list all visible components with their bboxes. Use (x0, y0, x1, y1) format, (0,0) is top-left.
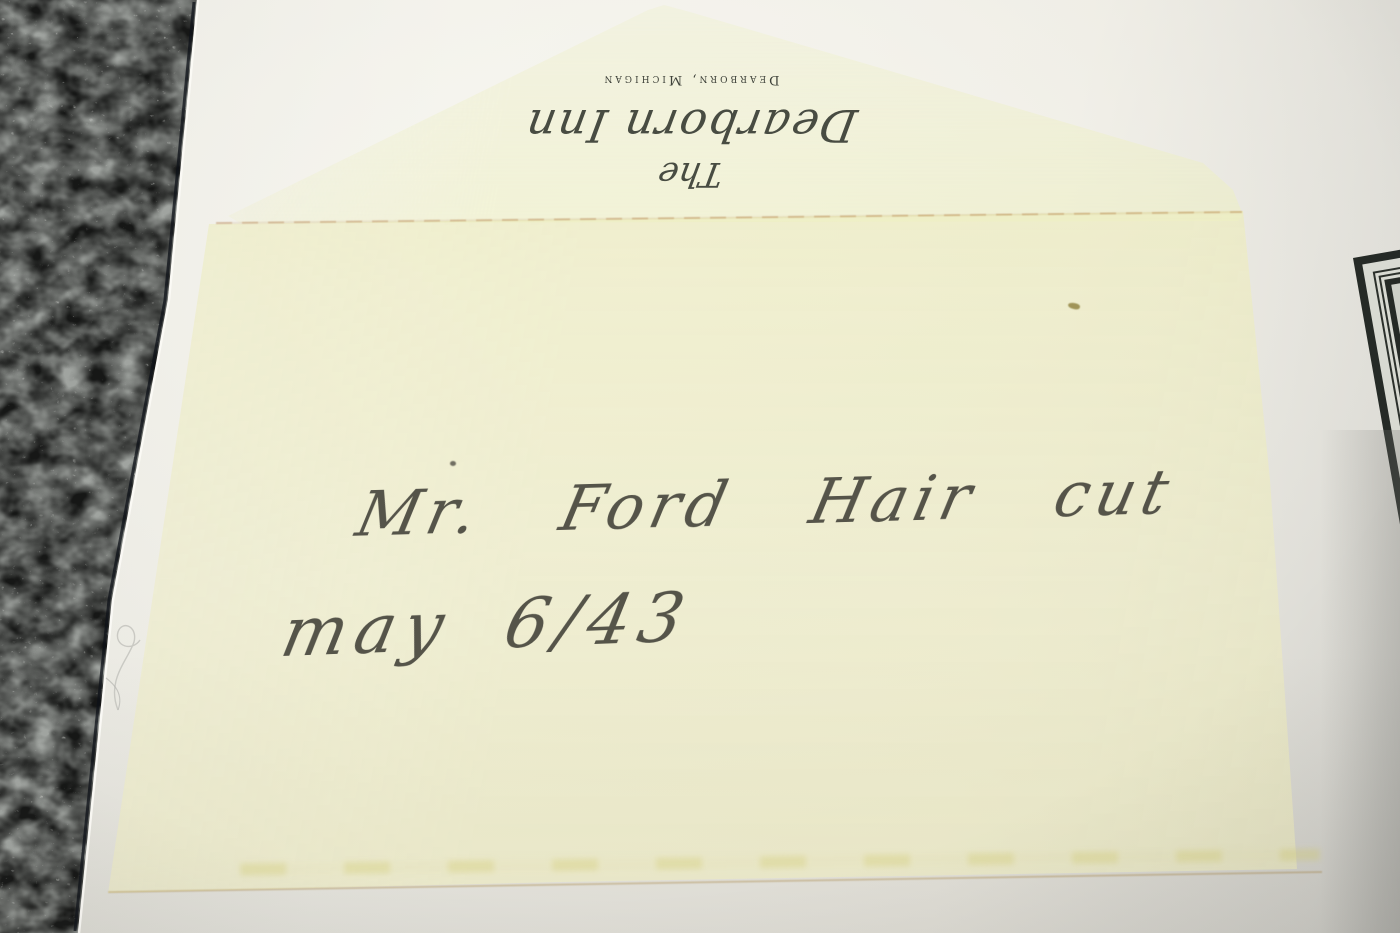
printed-hotel-logo: The Dearborn Inn Dearborn, Michigan (518, 55, 863, 195)
logo-line-location: Dearborn, Michigan (518, 71, 863, 87)
pencil-dot (450, 461, 456, 466)
carpet-background (0, 0, 212, 933)
logo-line-name: Dearborn Inn (513, 97, 868, 153)
hair-fiber (88, 598, 158, 718)
photo-scene: The Dearborn Inn Dearborn, Michigan Mr. … (0, 0, 1400, 933)
right-edge-shadow (1320, 430, 1400, 933)
handwritten-line-2: may 6/43 (275, 578, 699, 673)
logo-line-the: The (514, 153, 866, 195)
